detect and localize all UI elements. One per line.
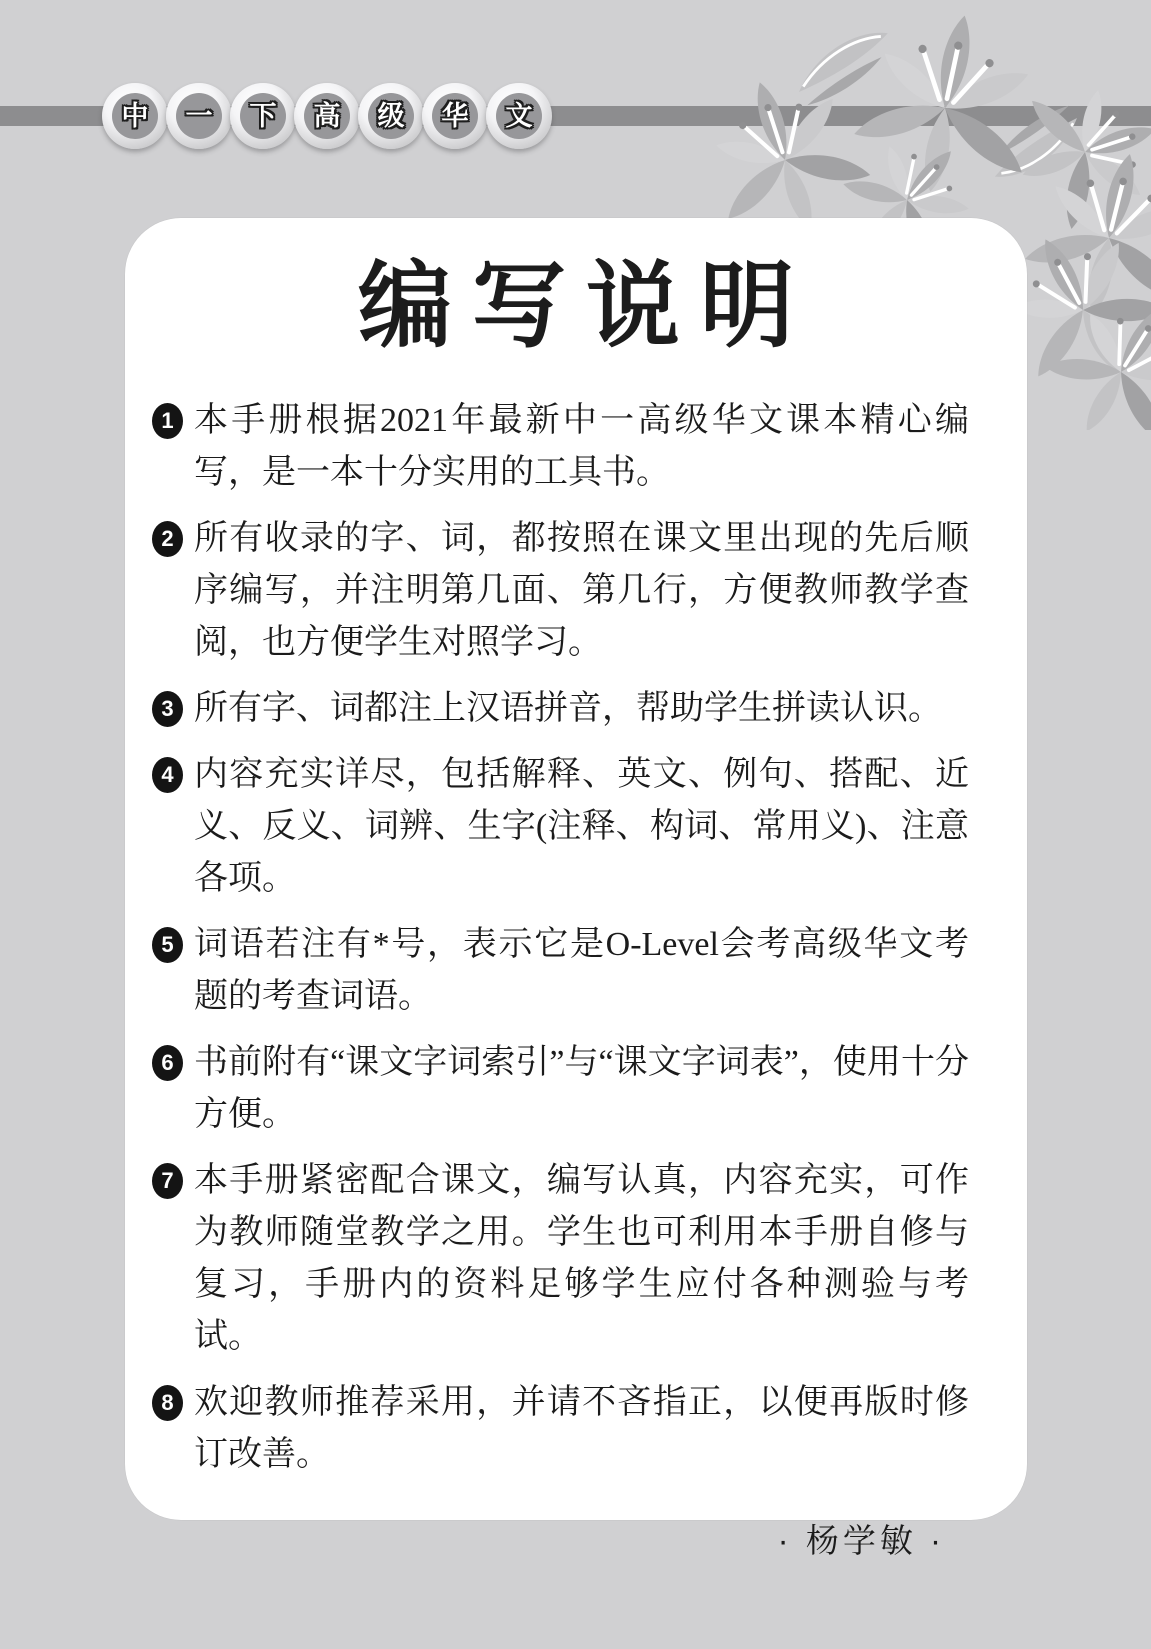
list-item: 4 内容充实详尽，包括解释、英文、例句、搭配、近义、反义、词辨、生字(注释、构词… — [125, 749, 1027, 905]
series-badge-disc: 文 — [496, 93, 542, 139]
notes-list: 1 本手册根据2021年最新中一高级华文课本精心编写，是一本十分实用的工具书。 … — [125, 395, 1027, 1481]
list-item: 5 词语若注有*号，表示它是O-Level会考高级华文考题的考查词语。 — [125, 919, 1027, 1023]
list-item: 1 本手册根据2021年最新中一高级华文课本精心编写，是一本十分实用的工具书。 — [125, 395, 1027, 499]
series-badge: 高 — [294, 83, 360, 149]
item-text: 欢迎教师推荐采用，并请不吝指正，以便再版时修订改善。 — [194, 1377, 969, 1481]
author-signature: · 杨学敏 · — [125, 1515, 1027, 1562]
item-number-badge: 3 — [152, 691, 183, 727]
series-badge-row: 中 一 下 高 级 华 文 — [102, 83, 550, 149]
series-badge: 下 — [230, 83, 296, 149]
list-item: 8 欢迎教师推荐采用，并请不吝指正，以便再版时修订改善。 — [125, 1377, 1027, 1481]
book-page: { "page": { "background_color": "#d0d0d2… — [0, 0, 1151, 1649]
item-number-badge: 8 — [152, 1385, 183, 1421]
content-panel: 编写说明 1 本手册根据2021年最新中一高级华文课本精心编写，是一本十分实用的… — [125, 218, 1027, 1520]
list-item: 6 书前附有“课文字词索引”与“课文字词表”，使用十分方便。 — [125, 1037, 1027, 1141]
item-text: 所有字、词都注上汉语拼音，帮助学生拼读认识。 — [194, 683, 969, 735]
item-text: 所有收录的字、词，都按照在课文里出现的先后顺序编写，并注明第几面、第几行，方便教… — [194, 513, 969, 669]
series-badge-char: 文 — [506, 103, 533, 130]
item-number-badge: 1 — [152, 403, 183, 439]
series-badge-char: 级 — [378, 103, 405, 130]
item-text: 词语若注有*号，表示它是O-Level会考高级华文考题的考查词语。 — [194, 919, 969, 1023]
item-text: 本手册紧密配合课文，编写认真，内容充实，可作为教师随堂教学之用。学生也可利用本手… — [194, 1155, 969, 1363]
item-text: 书前附有“课文字词索引”与“课文字词表”，使用十分方便。 — [194, 1037, 969, 1141]
series-badge: 华 — [422, 83, 488, 149]
list-item: 7 本手册紧密配合课文，编写认真，内容充实，可作为教师随堂教学之用。学生也可利用… — [125, 1155, 1027, 1363]
item-number-badge: 4 — [152, 757, 183, 793]
list-item: 3 所有字、词都注上汉语拼音，帮助学生拼读认识。 — [125, 683, 1027, 735]
series-badge-char: 一 — [186, 103, 213, 130]
series-badge: 级 — [358, 83, 424, 149]
page-title: 编写说明 — [125, 254, 1027, 357]
series-badge: 中 — [102, 83, 168, 149]
series-badge-char: 中 — [122, 103, 149, 130]
series-badge-disc: 级 — [368, 93, 414, 139]
series-badge-disc: 下 — [240, 93, 286, 139]
series-badge-char: 华 — [442, 103, 469, 130]
list-item: 2 所有收录的字、词，都按照在课文里出现的先后顺序编写，并注明第几面、第几行，方… — [125, 513, 1027, 669]
series-badge-disc: 华 — [432, 93, 478, 139]
item-number-badge: 5 — [152, 927, 183, 963]
item-number-badge: 6 — [152, 1045, 183, 1081]
series-badge-char: 高 — [314, 103, 341, 130]
series-badge: 一 — [166, 83, 232, 149]
item-number-badge: 7 — [152, 1163, 183, 1199]
series-badge-char: 下 — [250, 103, 277, 130]
series-badge: 文 — [486, 83, 552, 149]
series-badge-disc: 高 — [304, 93, 350, 139]
series-badge-disc: 中 — [112, 93, 158, 139]
item-text: 内容充实详尽，包括解释、英文、例句、搭配、近义、反义、词辨、生字(注释、构词、常… — [194, 749, 969, 905]
series-badge-disc: 一 — [176, 93, 222, 139]
item-text: 本手册根据2021年最新中一高级华文课本精心编写，是一本十分实用的工具书。 — [194, 395, 969, 499]
item-number-badge: 2 — [152, 521, 183, 557]
